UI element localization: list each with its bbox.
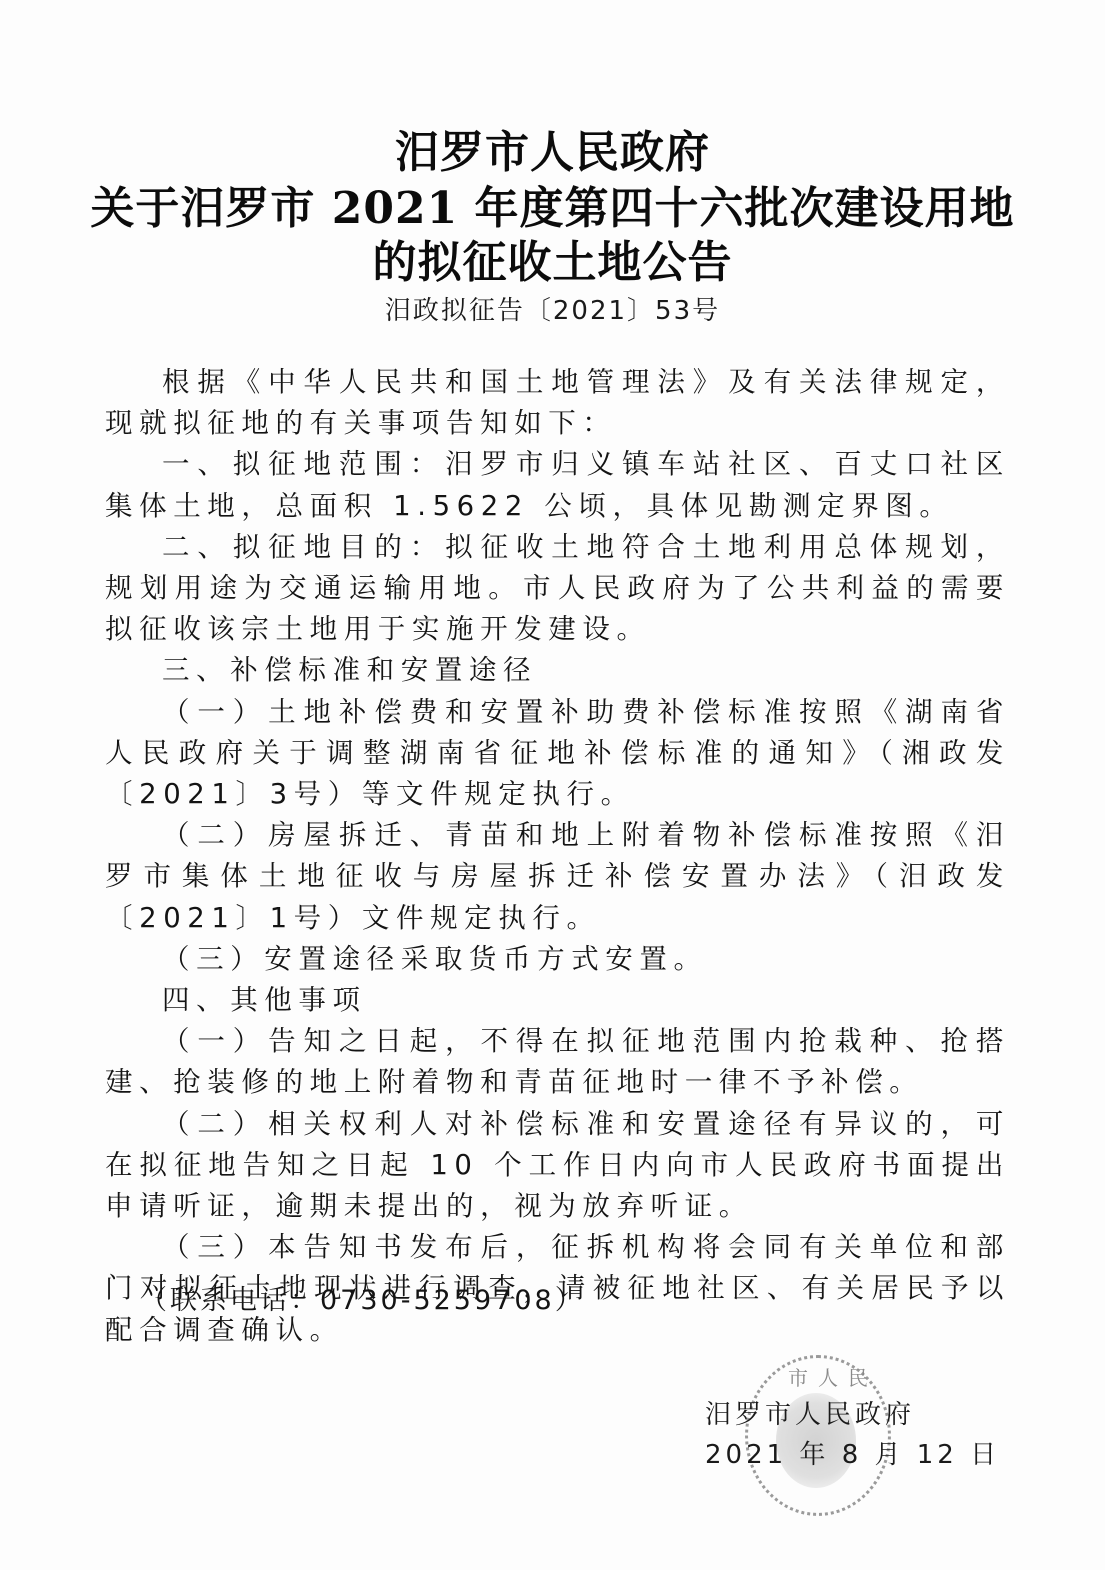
seal-text: 市人民	[788, 1362, 878, 1391]
signature-block: 汨罗市人民政府 2021 年 8 月 12 日	[705, 1395, 1000, 1475]
document-page: 汨罗市人民政府 关于汨罗市 2021 年度第四十六批次建设用地 的拟征收土地公告…	[0, 0, 1105, 1570]
compensation-item-1: （一）土地补偿费和安置补助费补偿标准按照《湖南省人民政府关于调整湖南省征地补偿标…	[105, 692, 1010, 816]
section-compensation-heading: 三、补偿标准和安置途径	[105, 650, 1010, 691]
signature-date: 2021 年 8 月 12 日	[705, 1435, 1000, 1475]
section-scope: 一、拟征地范围：汨罗市归义镇车站社区、百丈口社区集体土地，总面积 1.5622 …	[105, 444, 1010, 526]
title-issuer: 汨罗市人民政府	[0, 126, 1105, 180]
title-subject: 关于汨罗市 2021 年度第四十六批次建设用地	[0, 182, 1105, 236]
contact-phone: （联系电话：0730-5259708）	[140, 1278, 585, 1317]
other-item-1: （一）告知之日起，不得在拟征地范围内抢栽种、抢搭建、抢装修的地上附着物和青苗征地…	[105, 1021, 1010, 1103]
intro-paragraph: 根据《中华人民共和国土地管理法》及有关法律规定，现就拟征地的有关事项告知如下：	[105, 362, 1010, 444]
other-item-2: （二）相关权利人对补偿标准和安置途径有异议的，可在拟征地告知之日起 10 个工作…	[105, 1104, 1010, 1228]
compensation-item-2: （二）房屋拆迁、青苗和地上附着物补偿标准按照《汨罗市集体土地征收与房屋拆迁补偿安…	[105, 815, 1010, 939]
section-purpose: 二、拟征地目的：拟征收土地符合土地利用总体规划，规划用途为交通运输用地。市人民政…	[105, 527, 1010, 651]
section-other-heading: 四、其他事项	[105, 980, 1010, 1021]
signature-issuer: 汨罗市人民政府	[705, 1395, 1000, 1435]
title-notice: 的拟征收土地公告	[0, 236, 1105, 290]
document-number: 汨政拟征告〔2021〕53号	[0, 290, 1105, 327]
notice-body: 根据《中华人民共和国土地管理法》及有关法律规定，现就拟征地的有关事项告知如下： …	[105, 362, 1010, 1351]
compensation-item-3: （三）安置途径采取货币方式安置。	[105, 939, 1010, 980]
